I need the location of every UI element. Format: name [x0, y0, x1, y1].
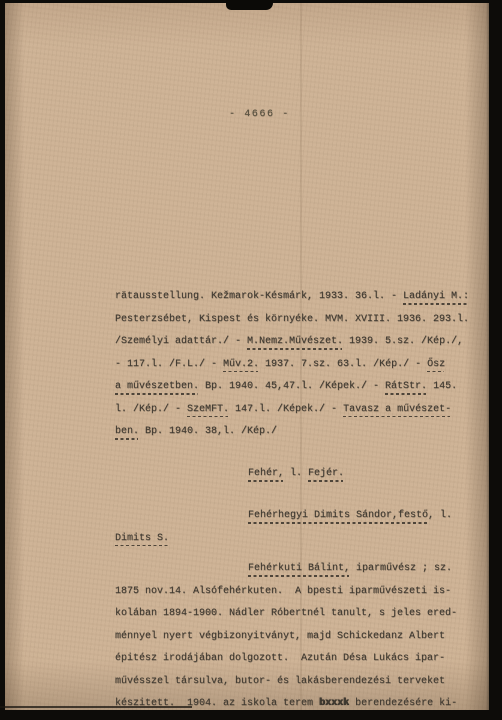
text-segment: ménnyel nyert végbizonyitványt, majd Sch…	[115, 631, 445, 642]
text-segment: l.	[284, 468, 308, 479]
text-segment: 145.	[427, 381, 457, 392]
bibliography-paragraph: rätausstellung. Kežmarok-Késmárk, 1933. …	[115, 286, 469, 444]
text-segment: bxxxk	[319, 698, 349, 709]
underlined-text-segment: M.Nemz.Művészet.	[247, 336, 343, 347]
text-line: Pesterzsébet, Kispest és környéke. MVM. …	[115, 309, 469, 332]
text-segment: Bp. 1940. 38,l. /Kép./	[139, 426, 277, 437]
underlined-text-segment: Fehérhegyi Dimits Sándor,festő	[248, 510, 428, 521]
text-segment: iparművész ; sz.	[350, 563, 452, 574]
text-segment: /Személyi adattár./ -	[115, 336, 247, 347]
text-line: Fehér, l. Fejér.	[115, 463, 344, 486]
underlined-text-segment: Dimits S.	[115, 533, 169, 544]
entry-feher-cross-reference: Fehér, l. Fejér.	[115, 463, 344, 486]
text-line: ben. Bp. 1940. 38,l. /Kép./	[115, 421, 469, 444]
text-line: épitész irodájában dolgozott. Azután Dés…	[115, 648, 457, 671]
text-segment: - 117.l. /F.L./ -	[115, 359, 223, 370]
underlined-text-segment: Ősz	[427, 359, 445, 370]
text-segment: épitész irodájában dolgozott. Azután Dés…	[115, 653, 445, 664]
text-segment: 1939. 5.sz. /Kép./,	[343, 336, 463, 347]
text-segment: berendezésére ki-	[349, 698, 457, 709]
underlined-text-segment: a művészetben.	[115, 381, 199, 392]
top-edge-notch	[226, 0, 273, 10]
underlined-text-segment: Fehér,	[248, 468, 284, 479]
text-segment: Pesterzsébet, Kispest és környéke. MVM. …	[115, 314, 469, 325]
text-line: Fehérhegyi Dimits Sándor,festő, l.	[115, 505, 452, 528]
underlined-text-segment: ben.	[115, 426, 139, 437]
text-segment: Bp. 1940. 45,47.l. /Képek./ -	[199, 381, 385, 392]
text-line: l. /Kép./ - SzeMFT. 147.l. /Képek./ - Ta…	[115, 399, 469, 422]
underlined-text-segment: Fehérkuti Bálint,	[248, 563, 350, 574]
text-segment: 1875 nov.14. Alsófehérkuten. A bpesti ip…	[115, 586, 451, 597]
text-segment: 147.l. /Képek./ -	[229, 404, 343, 415]
text-line: Dimits S.	[115, 528, 452, 551]
underlined-text-segment: Tavasz a művészet-	[343, 404, 451, 415]
underlined-text-segment: Fejér.	[308, 468, 344, 479]
text-line: készitett. 1904. az iskola terem bxxxk b…	[115, 693, 457, 716]
text-segment: kolában 1894-1900. Nádler Róbertnél tanu…	[115, 608, 457, 619]
underlined-text-segment: Ladányi M.:	[403, 291, 469, 302]
text-line: 1875 nov.14. Alsófehérkuten. A bpesti ip…	[115, 581, 457, 604]
underlined-text-segment: Műv.2.	[223, 359, 259, 370]
entry-feherhegyi-cross-reference: Fehérhegyi Dimits Sándor,festő, l.Dimits…	[115, 505, 452, 550]
text-line: /Személyi adattár./ - M.Nemz.Művészet. 1…	[115, 331, 469, 354]
text-segment: 1937. 7.sz. 63.l. /Kép./ -	[259, 359, 427, 370]
text-line: ménnyel nyert végbizonyitványt, majd Sch…	[115, 626, 457, 649]
text-segment: l. /Kép./ -	[115, 404, 187, 415]
page-number: - 4666 -	[229, 109, 290, 120]
scanned-document-photo: - 4666 - rätausstellung. Kežmarok-Késmár…	[0, 0, 502, 720]
right-edge-shadow	[486, 0, 502, 720]
text-line: - 117.l. /F.L./ - Műv.2. 1937. 7.sz. 63.…	[115, 354, 469, 377]
text-line: kolában 1894-1900. Nádler Róbertnél tanu…	[115, 603, 457, 626]
text-line: a művészetben. Bp. 1940. 45,47.l. /Képek…	[115, 376, 469, 399]
text-line: Fehérkuti Bálint, iparművész ; sz.	[115, 558, 457, 581]
entry-feherkuti-biography: Fehérkuti Bálint, iparművész ; sz.1875 n…	[115, 558, 457, 716]
underlined-text-segment: RátStr.	[385, 381, 427, 392]
text-segment: , l.	[428, 510, 452, 521]
text-segment: művésszel társulva, butor- és lakásberen…	[115, 676, 445, 687]
paper-bottom-edge-line	[0, 706, 192, 708]
underlined-text-segment: SzeMFT.	[187, 404, 229, 415]
paper-sheet: - 4666 - rätausstellung. Kežmarok-Késmár…	[5, 3, 489, 710]
text-line: művésszel társulva, butor- és lakásberen…	[115, 671, 457, 694]
text-segment: rätausstellung. Kežmarok-Késmárk, 1933. …	[115, 291, 403, 302]
text-line: rätausstellung. Kežmarok-Késmárk, 1933. …	[115, 286, 469, 309]
